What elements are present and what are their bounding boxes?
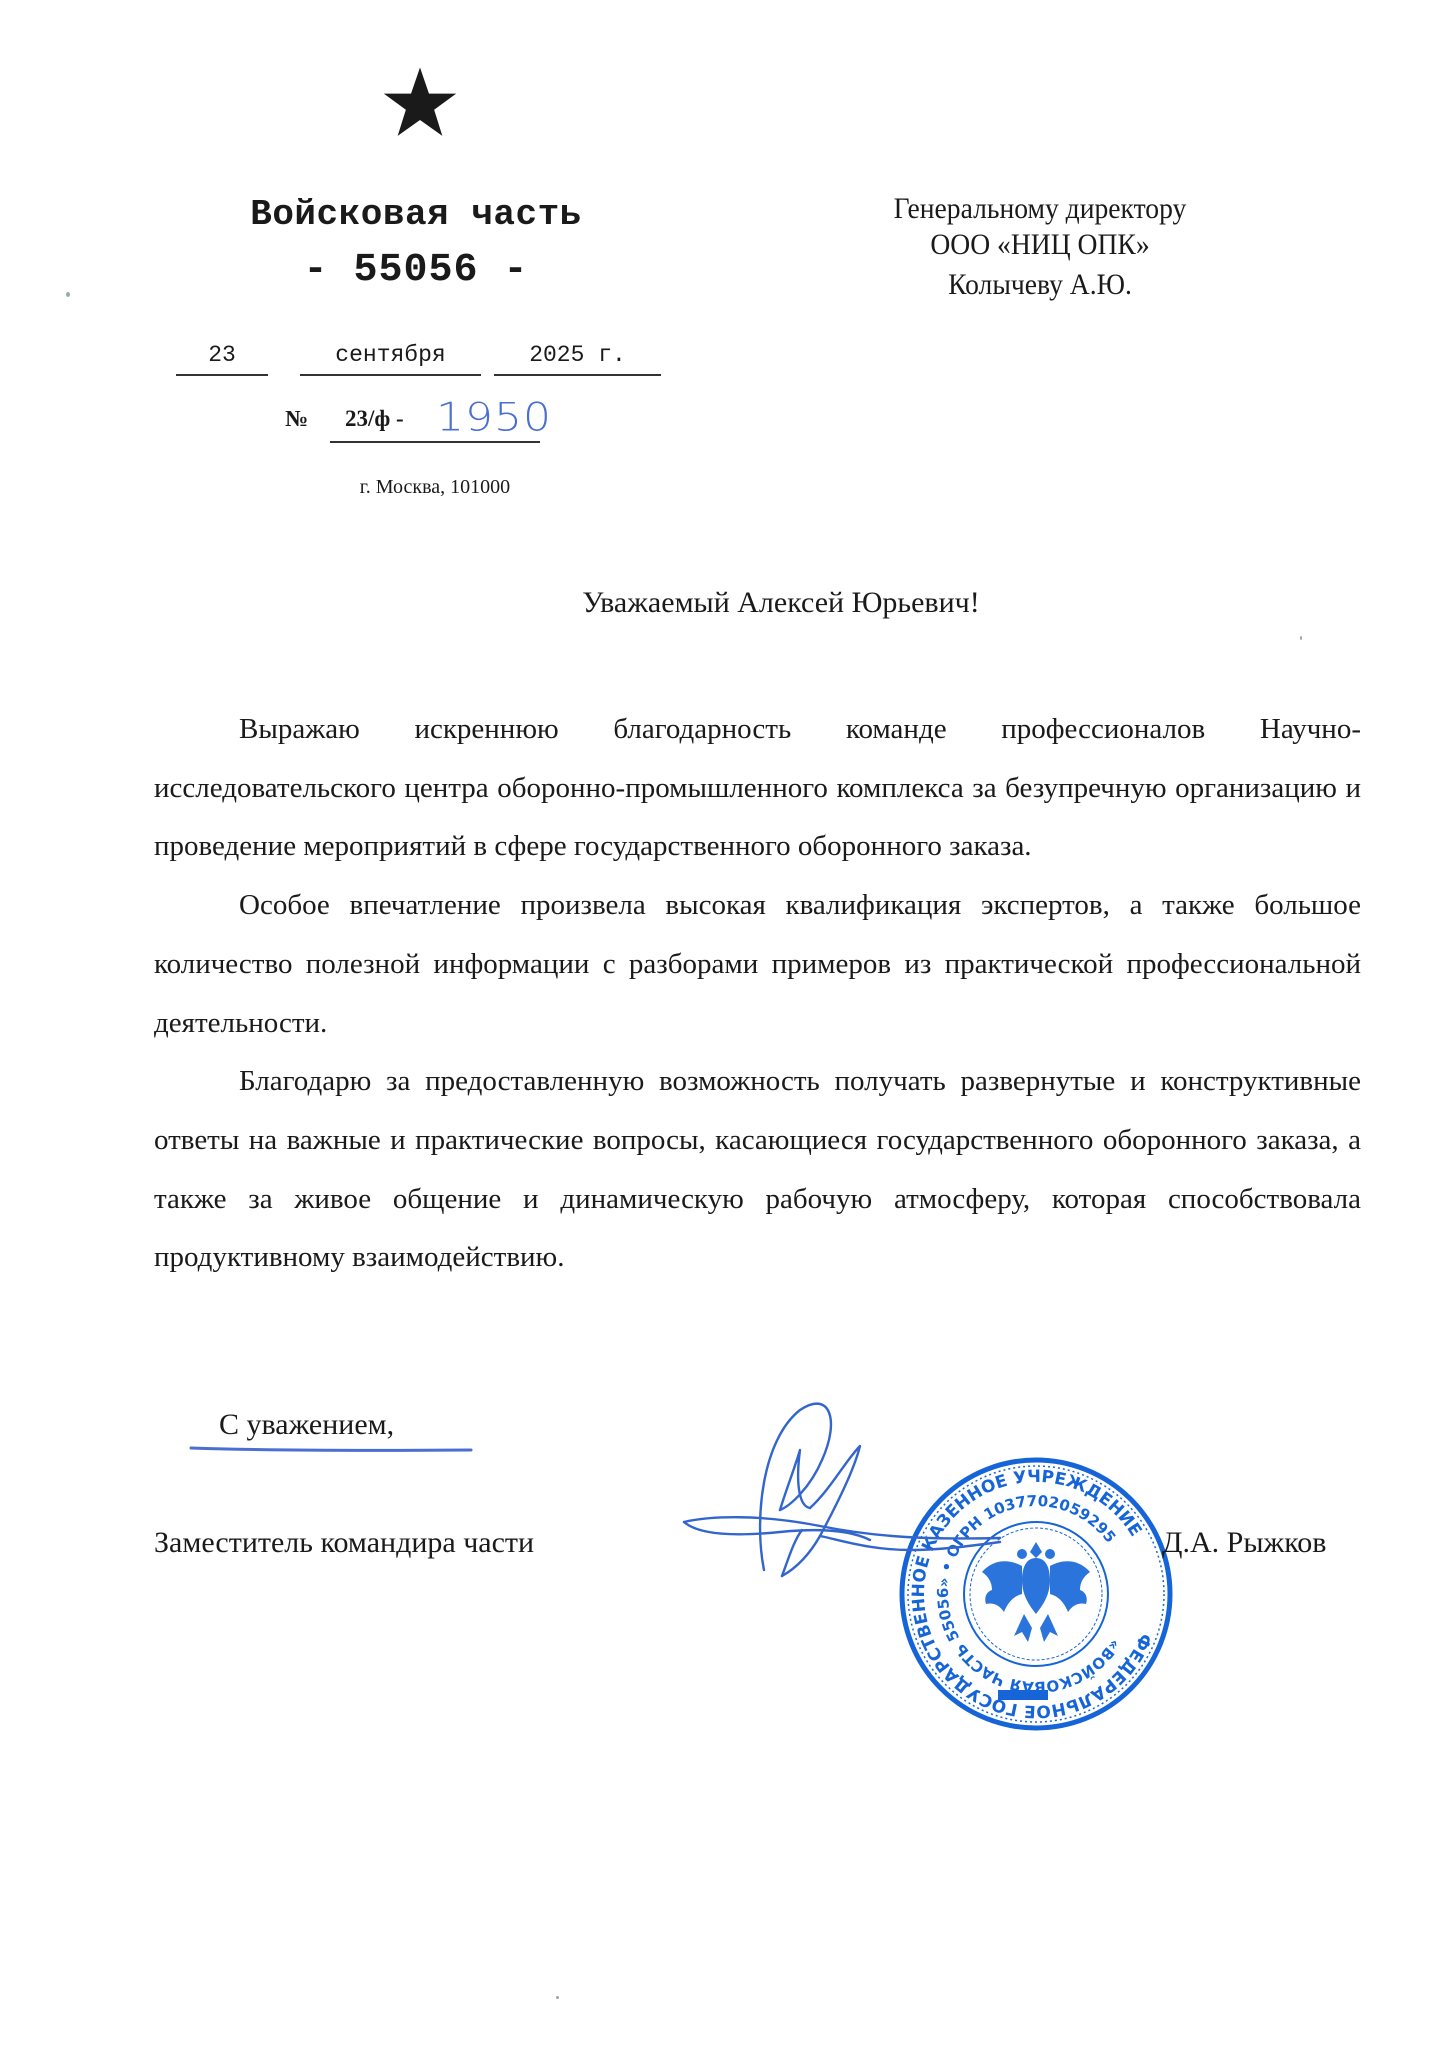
body-paragraph-1: Выражаю искреннюю благодарность команде … — [154, 700, 1361, 876]
unit-title: Войсковая часть — [196, 194, 636, 235]
registration-underline — [330, 441, 540, 443]
closing-phrase: С уважением, — [219, 1408, 394, 1442]
scan-speck — [66, 292, 70, 297]
number-sign: № — [285, 406, 308, 432]
addressee-organization: ООО «НИЦ ОПК» — [838, 228, 1243, 262]
handwritten-registration-number: 1950 — [436, 395, 552, 441]
signer-title: Заместитель командира части — [154, 1526, 534, 1560]
date-month: сентября — [300, 342, 481, 376]
addressee-position: Генеральному директору — [838, 192, 1243, 226]
letter-body: Выражаю искреннюю благодарность команде … — [154, 700, 1361, 1287]
scan-speck — [556, 1996, 559, 1999]
registration-prefix: 23/ф - — [345, 406, 404, 432]
scan-speck — [1300, 636, 1302, 640]
addressee-name: Колычеву А.Ю. — [838, 268, 1243, 302]
unit-number: - 55056 - — [196, 248, 636, 293]
star-icon — [382, 66, 458, 142]
body-paragraph-2: Особое впечатление произвела высокая ква… — [154, 876, 1361, 1052]
closing-pen-underline — [189, 1446, 473, 1452]
signer-name: Д.А. Рыжков — [1162, 1526, 1326, 1560]
greeting: Уважаемый Алексей Юрьевич! — [454, 586, 1108, 620]
body-paragraph-3: Благодарю за предоставленную возможность… — [154, 1052, 1361, 1287]
date-year: 2025 г. — [494, 342, 661, 376]
handwritten-signature — [670, 1390, 1010, 1620]
date-day: 23 — [176, 342, 268, 376]
city-address: г. Москва, 101000 — [340, 476, 530, 499]
letter-page: Войсковая часть - 55056 - Генеральному д… — [0, 0, 1447, 2048]
